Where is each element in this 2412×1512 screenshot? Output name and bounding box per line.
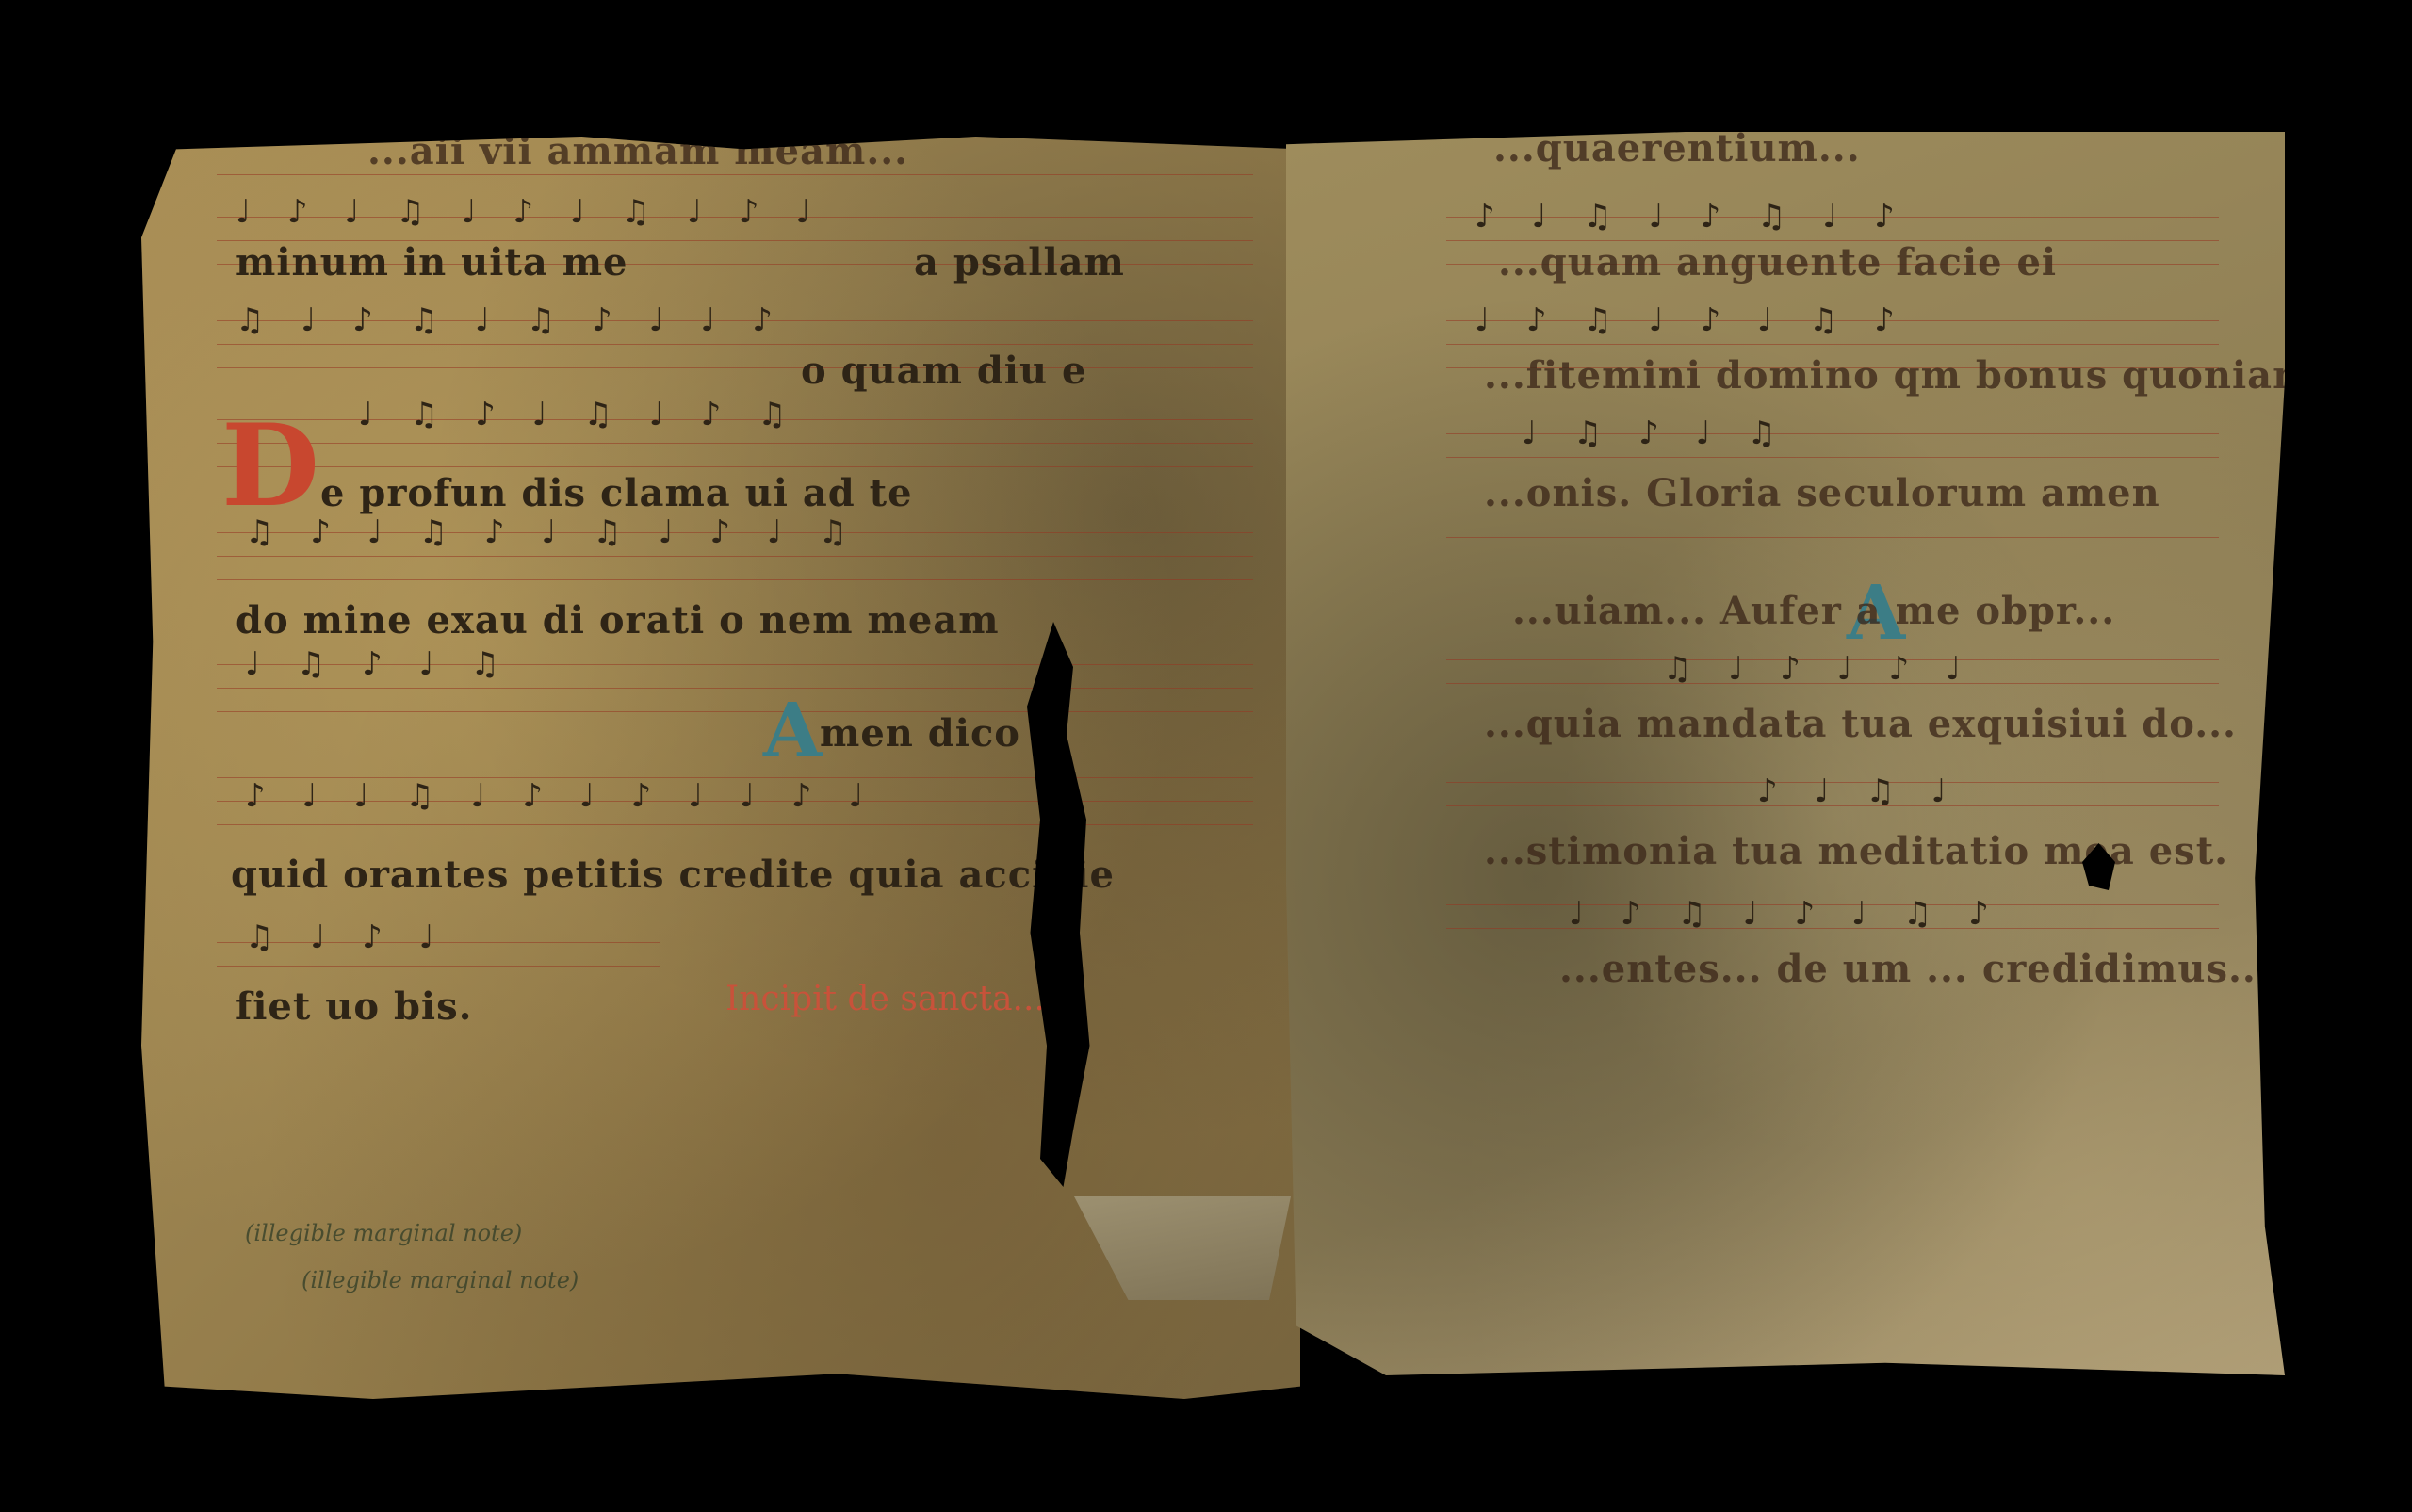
text-line: ...quam anguente facie ei (1498, 240, 2057, 285)
text-line: ...stimonia tua meditatio mea est. (1484, 829, 2228, 873)
text-line: minum in uita me (236, 240, 628, 285)
text-line: e profun dis clama ui ad te (320, 471, 913, 515)
neumes: ♪ ♩ ♫ ♩ (1757, 772, 1960, 810)
staff-line (1446, 537, 2219, 538)
manuscript-photo: ...aii vii ammam meam... ♩ ♪ ♩ ♫ ♩ ♪ ♩ ♫… (0, 0, 2412, 1512)
neumes: ♪ ♩ ♩ ♫ ♩ ♪ ♩ ♪ ♩ ♩ ♪ ♩ (245, 777, 876, 815)
text-line: quid orantes petitis credite quia accipi… (231, 853, 1115, 897)
illuminated-initial-a: A (763, 692, 822, 768)
text-line: ...entes... de um ... credidimus... (1559, 947, 2271, 991)
text-line: ...quia mandata tua exquisiui do... (1484, 702, 2237, 746)
neumes: ♫ ♪ ♩ ♫ ♪ ♩ ♫ ♩ ♪ ♩ ♫ (245, 513, 860, 551)
text-line: ...onis. Gloria seculorum amen (1484, 471, 2160, 515)
text-line: o quam diu e (801, 349, 1086, 393)
staff-line (217, 966, 660, 967)
neumes: ♩ ♫ ♪ ♩ ♫ (1522, 415, 1789, 452)
neumes: ♩ ♪ ♫ ♩ ♪ ♩ ♫ ♪ (1475, 301, 1908, 339)
neumes: ♩ ♫ ♪ ♩ ♫ (245, 645, 513, 683)
staff-line (217, 556, 1253, 557)
staff-line (1446, 457, 2219, 458)
staff-line (217, 443, 1253, 444)
staff-line (217, 367, 1253, 368)
marginal-note: (illegible marginal note) (245, 1220, 522, 1246)
neumes: ♩ ♫ ♪ ♩ ♫ ♩ ♪ ♫ (358, 396, 800, 433)
neumes: ♫ ♩ ♪ ♩ (245, 919, 448, 956)
staff-line (217, 824, 1253, 825)
staff-line (217, 466, 1253, 467)
rubric-text: Incipit de sancta... (725, 980, 1045, 1018)
neumes: ♫ ♩ ♪ ♫ ♩ ♫ ♪ ♩ ♩ ♪ (236, 301, 786, 339)
text-line: men dico (820, 711, 1020, 756)
staff-line (217, 579, 1253, 580)
staff-line (217, 174, 1253, 175)
neumes: ♪ ♩ ♫ ♩ ♪ ♫ ♩ ♪ (1475, 198, 1908, 236)
neumes: ♩ ♪ ♫ ♩ ♪ ♩ ♫ ♪ (1569, 895, 2002, 933)
marginal-note: (illegible marginal note) (301, 1267, 579, 1293)
neumes: ♩ ♪ ♩ ♫ ♩ ♪ ♩ ♫ ♩ ♪ ♩ (236, 193, 823, 231)
staff-line (217, 711, 1253, 712)
staff-line (217, 344, 1253, 345)
text-line: ...uiam... Aufer a me obpr... (1512, 589, 2115, 633)
right-leaf: ...quaerentium... ♪ ♩ ♫ ♩ ♪ ♫ ♩ ♪ ...qua… (1286, 132, 2285, 1375)
text-line: a psallam (914, 240, 1125, 285)
text-line: do mine exau di orati o nem meam (236, 598, 1000, 642)
staff-line (1446, 344, 2219, 345)
staff-line (1446, 561, 2219, 561)
neumes: ♫ ♩ ♪ ♩ ♪ ♩ (1663, 650, 1974, 688)
text-line: ...quaerentium... (1493, 126, 1861, 171)
text-line: ...aii vii ammam meam... (367, 129, 908, 173)
text-line: fiet uo bis. (236, 984, 473, 1029)
illuminated-initial-d: D (221, 410, 319, 523)
staff-line (217, 688, 1253, 689)
text-line: ...fitemini domino qm bonus quoniam (1484, 353, 2313, 398)
